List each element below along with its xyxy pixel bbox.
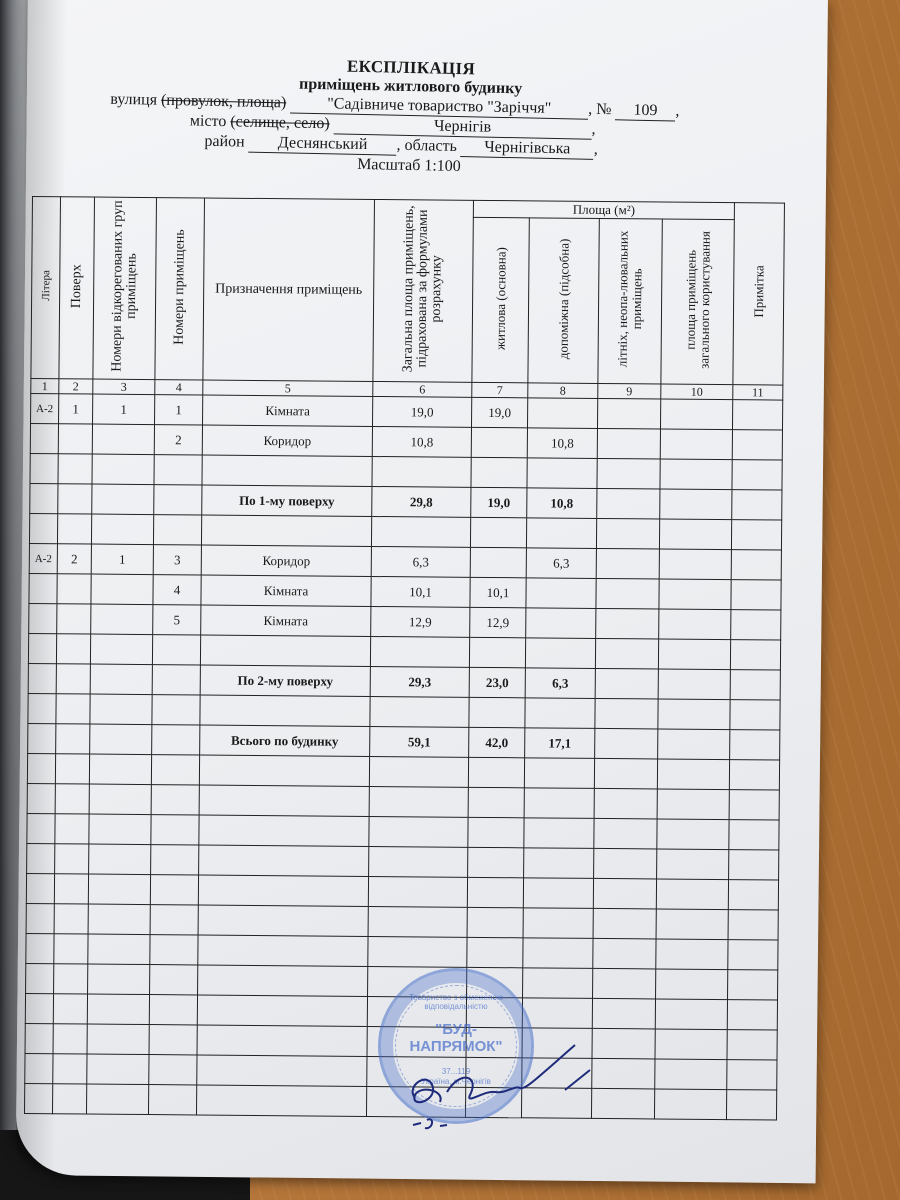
- cell-empty: [86, 1084, 148, 1115]
- cell-empty: [27, 843, 55, 873]
- cell-empty: [523, 938, 593, 969]
- cell-empty: [54, 934, 88, 964]
- cell-total: [372, 456, 471, 487]
- cell-floor: [56, 694, 90, 724]
- cell-empty: [55, 844, 89, 874]
- cell-aux: 17,1: [525, 728, 595, 759]
- cell-empty: [89, 814, 151, 845]
- header-purpose: Призначення приміщень: [203, 198, 375, 381]
- cell-empty: [523, 968, 593, 999]
- header-living-area: житлова (основна): [472, 217, 529, 382]
- cell-empty: [54, 964, 88, 994]
- col-num: 2: [59, 379, 93, 394]
- cell-aux: [527, 458, 597, 489]
- cell-aux: 10,8: [527, 488, 597, 519]
- document-header: ЕКСПЛІКАЦІЯ приміщень житлового будинку …: [59, 51, 761, 183]
- cell-empty: [149, 995, 197, 1025]
- cell-empty: [728, 970, 778, 1000]
- cell-purpose: [201, 515, 371, 546]
- cell-empty: [595, 728, 658, 759]
- cell-aux: [526, 518, 596, 549]
- stamp-arc-text: Товариство з обмеженою відповідальністю: [381, 993, 531, 1011]
- cell-group: 1: [93, 394, 155, 425]
- cell-litera: [29, 573, 57, 603]
- cell-empty: [524, 758, 594, 789]
- cell-group: [90, 664, 152, 695]
- cell-empty: [198, 875, 368, 906]
- header-aux-area: допоміжна (підсобна): [528, 218, 599, 384]
- cell-empty: [55, 814, 89, 844]
- number-label: №: [596, 101, 612, 118]
- cell-empty: [596, 578, 659, 609]
- district-value: Деснянський: [248, 133, 396, 156]
- cell-empty: [198, 905, 368, 936]
- cell-empty: [196, 1085, 366, 1116]
- cell-empty: [732, 460, 782, 490]
- cell-total: 10,8: [372, 426, 471, 457]
- explication-table-wrap: Літера Поверх Номери відкорегованих груп…: [24, 196, 785, 1121]
- region-label: область: [404, 137, 457, 155]
- cell-living: 19,0: [471, 487, 527, 517]
- cell-empty: [657, 789, 729, 820]
- cell-empty: [594, 758, 657, 789]
- cell-empty: [27, 753, 55, 783]
- cell-litera: [30, 483, 58, 513]
- cell-empty: [592, 998, 655, 1029]
- cell-empty: [25, 993, 53, 1023]
- cell-empty: [87, 994, 149, 1025]
- cell-group: [91, 604, 153, 635]
- cell-group: [90, 694, 152, 725]
- cell-empty: [595, 668, 658, 699]
- cell-litera: [28, 663, 56, 693]
- col-num: 5: [203, 380, 373, 396]
- cell-empty: [199, 815, 369, 846]
- cell-living: [471, 457, 527, 487]
- header-groups: Номери відкорегованих груп приміщень: [93, 197, 157, 380]
- cell-empty: [198, 935, 368, 966]
- cell-empty: [660, 459, 732, 490]
- cell-empty: [658, 699, 730, 730]
- cell-empty: [727, 1030, 777, 1060]
- cell-room: 5: [153, 605, 201, 635]
- cell-empty: [597, 398, 660, 429]
- cell-total: 59,1: [370, 726, 469, 757]
- cell-purpose: Коридор: [202, 425, 372, 456]
- cell-empty: [87, 1024, 149, 1055]
- cell-empty: [660, 399, 732, 430]
- cell-room: 1: [155, 395, 203, 425]
- cell-litera: [28, 723, 56, 753]
- cell-empty: [596, 548, 659, 579]
- cell-purpose: Кімната: [203, 395, 373, 426]
- cell-empty: [151, 755, 199, 785]
- cell-empty: [731, 520, 781, 550]
- col-num: 11: [733, 385, 783, 400]
- cell-litera: А-2: [29, 543, 57, 573]
- cell-room: [152, 725, 200, 755]
- cell-empty: [524, 788, 594, 819]
- cell-empty: [659, 579, 731, 610]
- cell-room: [152, 635, 200, 665]
- cell-litera: [29, 513, 57, 543]
- cell-purpose: [200, 695, 370, 726]
- cell-floor: 2: [57, 544, 91, 574]
- cell-room: 4: [153, 575, 201, 605]
- cell-total: 29,3: [370, 666, 469, 697]
- cell-empty: [88, 874, 150, 905]
- cell-aux: [525, 698, 595, 729]
- street-label: вулиця: [110, 91, 157, 109]
- cell-litera: [28, 633, 56, 663]
- cell-empty: [522, 998, 592, 1029]
- cell-empty: [149, 1025, 197, 1055]
- cell-total: [370, 636, 469, 667]
- cell-living: 12,9: [470, 607, 526, 637]
- cell-empty: [732, 490, 782, 520]
- cell-group: [92, 454, 154, 485]
- cell-litera: [30, 453, 58, 483]
- cell-empty: [594, 818, 657, 849]
- cell-room: [152, 695, 200, 725]
- cell-empty: [593, 938, 656, 969]
- cell-empty: [198, 965, 368, 996]
- cell-empty: [54, 874, 88, 904]
- cell-empty: [88, 964, 150, 995]
- cell-total: 19,0: [373, 396, 472, 427]
- cell-empty: [197, 995, 367, 1026]
- cell-empty: [656, 969, 728, 1000]
- cell-empty: [468, 787, 524, 817]
- cell-purpose: Коридор: [201, 545, 371, 576]
- cell-empty: [89, 754, 151, 785]
- cell-empty: [593, 878, 656, 909]
- cell-empty: [150, 875, 198, 905]
- cell-living: 10,1: [470, 577, 526, 607]
- cell-purpose: Кімната: [201, 575, 371, 606]
- cell-empty: [656, 909, 728, 940]
- col-num: 1: [31, 378, 59, 393]
- cell-room: [154, 485, 202, 515]
- cell-empty: [468, 817, 524, 847]
- cell-floor: 1: [59, 394, 93, 424]
- cell-empty: [656, 879, 728, 910]
- cell-litera: [29, 603, 57, 633]
- header-common-area: площа приміщень загального користування: [661, 219, 734, 385]
- cell-group: [90, 634, 152, 665]
- cell-empty: [88, 904, 150, 935]
- cell-purpose: [202, 455, 372, 486]
- cell-empty: [151, 815, 199, 845]
- header-room-numbers: Номери приміщень: [155, 198, 205, 380]
- cell-total: 29,8: [372, 486, 471, 517]
- cell-purpose: По 2-му поверху: [200, 665, 370, 696]
- cell-empty: [26, 873, 54, 903]
- cell-empty: [150, 965, 198, 995]
- cell-empty: [731, 580, 781, 610]
- cell-living: 19,0: [471, 397, 527, 427]
- cell-empty: [199, 845, 369, 876]
- cell-empty: [728, 880, 778, 910]
- cell-empty: [593, 968, 656, 999]
- cell-empty: [53, 994, 87, 1024]
- cell-empty: [468, 757, 524, 787]
- cell-empty: [197, 1025, 367, 1056]
- cell-empty: [27, 813, 55, 843]
- cell-empty: [369, 846, 468, 877]
- cell-empty: [199, 755, 369, 786]
- cell-empty: [597, 428, 660, 459]
- cell-empty: [53, 1024, 87, 1054]
- cell-empty: [52, 1084, 86, 1114]
- cell-floor: [58, 484, 92, 514]
- header-total-area: Загальна площа приміщень, підрахована за…: [373, 199, 474, 382]
- cell-room: [152, 665, 200, 695]
- col-num: 8: [528, 383, 598, 399]
- cell-empty: [660, 489, 732, 520]
- cell-group: [90, 724, 152, 755]
- cell-empty: [732, 430, 782, 460]
- cell-empty: [467, 877, 523, 907]
- cell-litera: [30, 423, 58, 453]
- cell-empty: [730, 700, 780, 730]
- cell-living: [469, 697, 525, 727]
- cell-empty: [53, 1054, 87, 1084]
- cell-living: [471, 427, 527, 457]
- city-label-struck: (селище, село): [230, 113, 330, 132]
- cell-floor: [56, 634, 90, 664]
- cell-empty: [26, 903, 54, 933]
- cell-empty: [369, 756, 468, 787]
- cell-empty: [594, 848, 657, 879]
- cell-floor: [57, 574, 91, 604]
- cell-empty: [368, 906, 467, 937]
- cell-empty: [657, 759, 729, 790]
- cell-floor: [57, 514, 91, 544]
- cell-group: [91, 574, 153, 605]
- cell-empty: [730, 640, 780, 670]
- cell-empty: [369, 816, 468, 847]
- cell-aux: 6,3: [525, 668, 595, 699]
- cell-empty: [368, 936, 467, 967]
- cell-floor: [56, 724, 90, 754]
- cell-living: [469, 637, 525, 667]
- col-num: 3: [93, 379, 155, 395]
- cell-total: [371, 516, 470, 547]
- cell-empty: [726, 1090, 776, 1120]
- cell-empty: [658, 729, 730, 760]
- cell-floor: [58, 454, 92, 484]
- cell-empty: [595, 638, 658, 669]
- house-number: 109: [615, 100, 675, 121]
- cell-litera: А-2: [31, 393, 59, 423]
- cell-aux: [527, 398, 597, 429]
- cell-aux: [526, 578, 596, 609]
- cell-purpose: По 1-му поверху: [202, 485, 372, 516]
- cell-empty: [148, 1085, 196, 1115]
- cell-empty: [150, 905, 198, 935]
- cell-empty: [369, 786, 468, 817]
- cell-empty: [727, 1000, 777, 1030]
- cell-empty: [524, 848, 594, 879]
- cell-empty: [728, 910, 778, 940]
- cell-empty: [467, 937, 523, 967]
- cell-empty: [658, 639, 730, 670]
- stamp-name-line1: "БУД-: [381, 1021, 531, 1038]
- cell-empty: [593, 908, 656, 939]
- cell-room: 2: [154, 425, 202, 455]
- cell-empty: [731, 610, 781, 640]
- cell-empty: [730, 670, 780, 700]
- signature-icon: [385, 1040, 605, 1130]
- cell-empty: [24, 1083, 52, 1113]
- cell-empty: [729, 760, 779, 790]
- cell-floor: [57, 604, 91, 634]
- cell-room: 3: [153, 545, 201, 575]
- cell-living: 23,0: [469, 667, 525, 697]
- cell-empty: [467, 907, 523, 937]
- cell-empty: [659, 549, 731, 580]
- cell-room: [154, 455, 202, 485]
- header-floor: Поверх: [59, 197, 95, 379]
- cell-empty: [197, 1055, 367, 1086]
- street-label-struck: (провулок, площа): [161, 92, 287, 112]
- cell-empty: [89, 844, 151, 875]
- explication-table: Літера Поверх Номери відкорегованих груп…: [24, 196, 785, 1121]
- cell-empty: [729, 850, 779, 880]
- cell-empty: [730, 730, 780, 760]
- district-label: район: [204, 133, 245, 151]
- cell-group: [92, 424, 154, 455]
- cell-living: [470, 547, 526, 577]
- cell-empty: [594, 788, 657, 819]
- cell-empty: [728, 940, 778, 970]
- cell-empty: [88, 934, 150, 965]
- cell-empty: [596, 608, 659, 639]
- cell-empty: [199, 785, 369, 816]
- cell-empty: [25, 1023, 53, 1053]
- cell-empty: [149, 1055, 197, 1085]
- cell-empty: [732, 400, 782, 430]
- cell-empty: [523, 878, 593, 909]
- cell-empty: [655, 1029, 727, 1060]
- cell-empty: [659, 519, 731, 550]
- cell-empty: [658, 669, 730, 700]
- cell-empty: [657, 819, 729, 850]
- cell-empty: [657, 849, 729, 880]
- cell-litera: [28, 693, 56, 723]
- cell-empty: [729, 790, 779, 820]
- cell-group: 1: [91, 544, 153, 575]
- cell-empty: [655, 999, 727, 1030]
- city-label: місто: [190, 112, 227, 130]
- cell-empty: [87, 1054, 149, 1085]
- cell-empty: [55, 784, 89, 814]
- cell-empty: [524, 818, 594, 849]
- cell-group: [91, 514, 153, 545]
- cell-empty: [597, 458, 660, 489]
- cell-empty: [654, 1089, 726, 1120]
- cell-purpose: [200, 635, 370, 666]
- cell-empty: [55, 754, 89, 784]
- cell-empty: [523, 908, 593, 939]
- col-num: 10: [661, 384, 733, 400]
- cell-aux: [526, 608, 596, 639]
- header-litera: Літера: [31, 197, 61, 379]
- col-num: 9: [598, 383, 661, 399]
- cell-empty: [368, 876, 467, 907]
- cell-floor: [56, 664, 90, 694]
- cell-empty: [655, 1059, 727, 1090]
- cell-aux: 6,3: [526, 548, 596, 579]
- cell-floor: [58, 424, 92, 454]
- cell-empty: [27, 783, 55, 813]
- cell-aux: [525, 638, 595, 669]
- region-value: Чернігівська: [461, 137, 594, 160]
- cell-empty: [151, 845, 199, 875]
- cell-empty: [151, 785, 199, 815]
- cell-empty: [54, 904, 88, 934]
- cell-living: 42,0: [469, 727, 525, 757]
- cell-empty: [595, 698, 658, 729]
- col-num: 6: [373, 381, 472, 397]
- cell-empty: [659, 609, 731, 640]
- cell-empty: [26, 933, 54, 963]
- cell-empty: [26, 963, 54, 993]
- cell-empty: [596, 518, 659, 549]
- cell-empty: [729, 820, 779, 850]
- col-num: 4: [155, 380, 203, 395]
- cell-purpose: Всього по будинку: [200, 725, 370, 756]
- cell-total: 12,9: [371, 606, 470, 637]
- cell-empty: [89, 784, 151, 815]
- cell-empty: [660, 429, 732, 460]
- cell-empty: [727, 1060, 777, 1090]
- cell-empty: [597, 488, 660, 519]
- cell-group: [92, 484, 154, 515]
- cell-total: 6,3: [371, 546, 470, 577]
- cell-total: [370, 696, 469, 727]
- header-note: Примітка: [733, 203, 785, 385]
- cell-room: [153, 515, 201, 545]
- cell-purpose: Кімната: [201, 605, 371, 636]
- cell-empty: [731, 550, 781, 580]
- cell-empty: [656, 939, 728, 970]
- cell-empty: [25, 1053, 53, 1083]
- cell-empty: [150, 935, 198, 965]
- col-num: 7: [472, 382, 528, 397]
- header-summer-area: літніх, неопа-лювальних приміщень: [598, 218, 662, 384]
- cell-total: 10,1: [371, 576, 470, 607]
- cell-aux: 10,8: [527, 428, 597, 459]
- cell-empty: [468, 847, 524, 877]
- cell-living: [470, 517, 526, 547]
